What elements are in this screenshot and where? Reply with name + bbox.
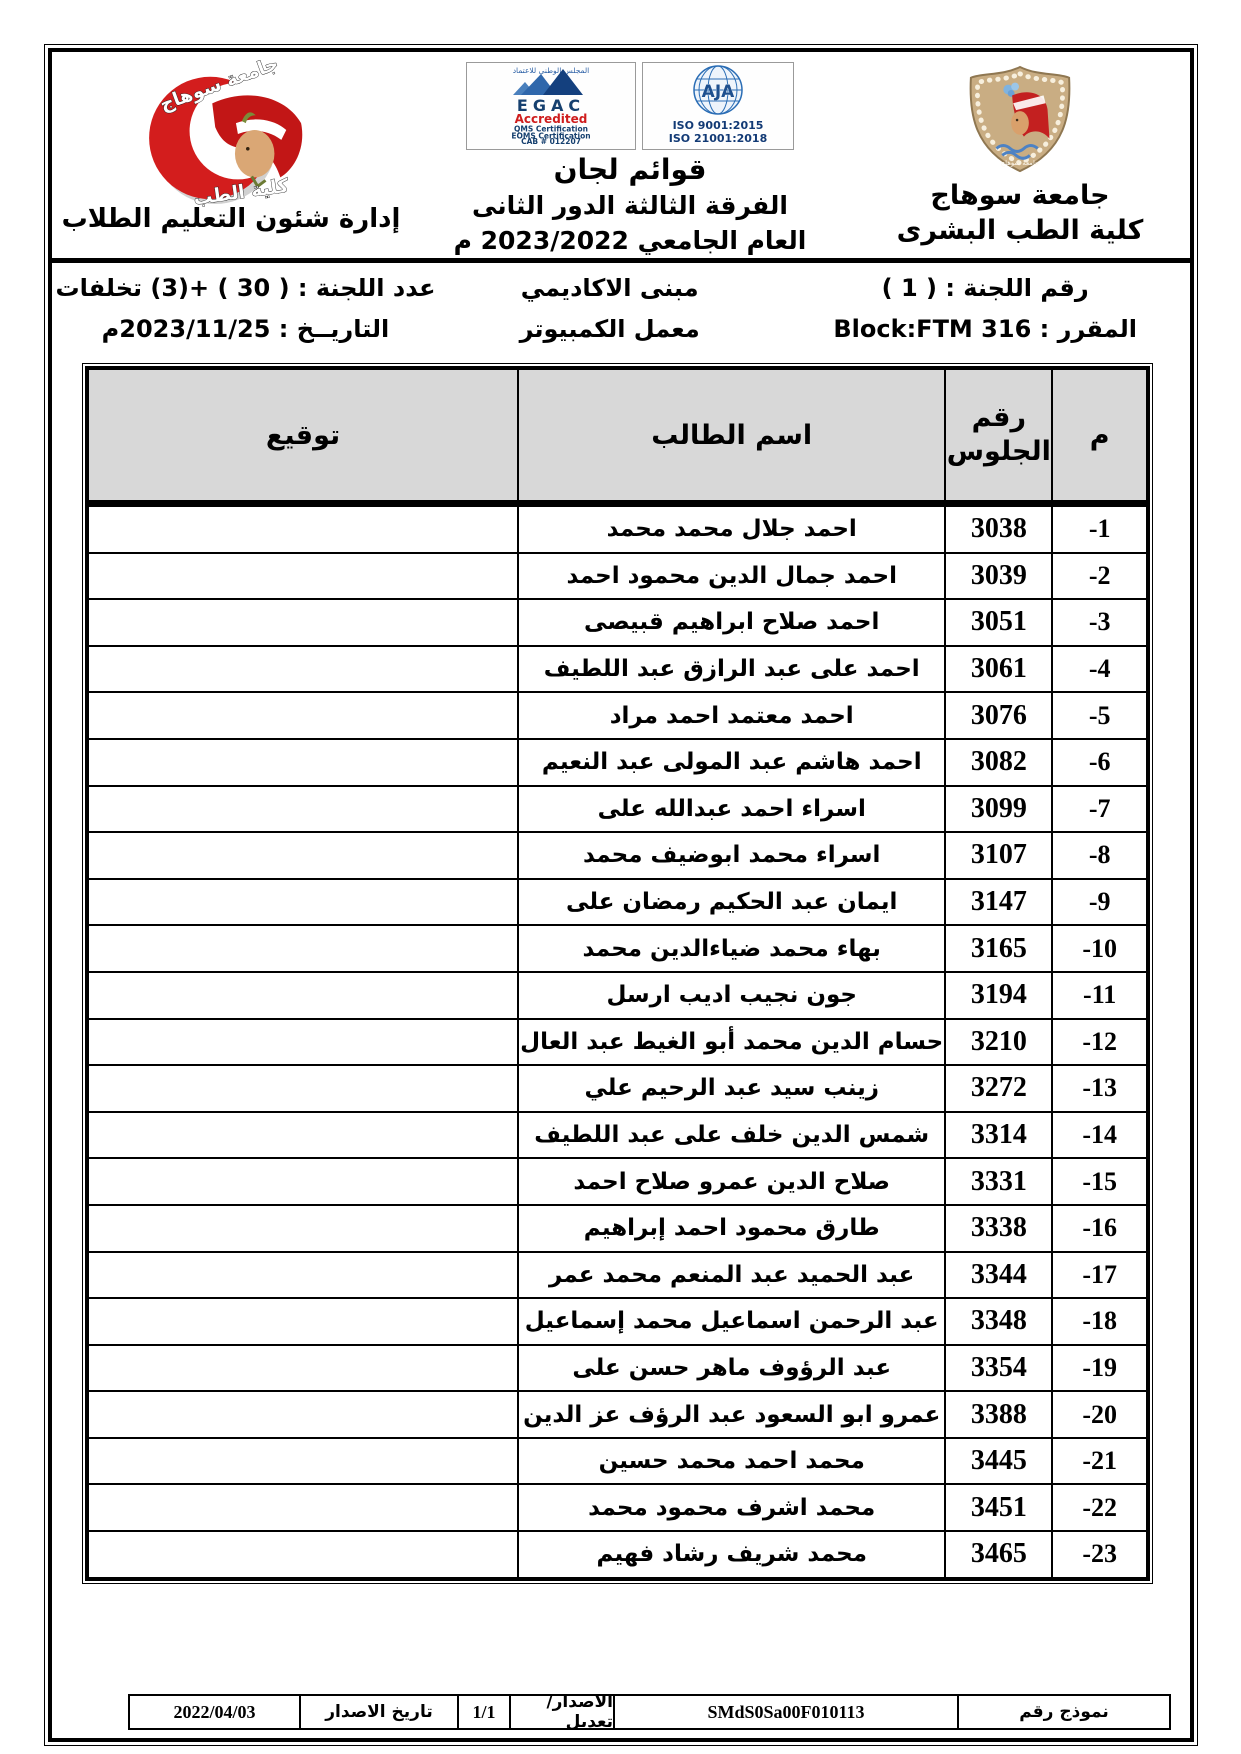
seat-number: 3314: [945, 1112, 1052, 1159]
egac-arc-text: المجلس الوطني للاعتماد: [513, 66, 590, 75]
student-name: جون نجيب اديب ارسل: [518, 972, 945, 1019]
seat-number: 3354: [945, 1345, 1052, 1392]
header-department-block: جامعة سوهاج كلية الطب إدارة شئون التعليم…: [52, 52, 410, 258]
row-index: -22: [1052, 1484, 1148, 1531]
aja-line2: ISO 21001:2018: [669, 132, 767, 145]
university-name: جامعة سوهاج: [850, 178, 1190, 213]
seat-number: 3038: [945, 504, 1052, 553]
committee-building: مبنى الاكاديمي: [439, 268, 780, 309]
signature-cell: [87, 599, 518, 646]
table-row: -15 3331 صلاح الدين عمرو صلاح احمد: [87, 1158, 1148, 1205]
table-row: -11 3194 جون نجيب اديب ارسل: [87, 972, 1148, 1019]
committee-info: رقم اللجنة : ( 1 ) مبنى الاكاديمي عدد ال…: [52, 263, 1190, 359]
header-cell-signature: توقيع: [87, 368, 518, 504]
row-index: -16: [1052, 1205, 1148, 1252]
seat-number: 3039: [945, 553, 1052, 600]
student-name: احمد صلاح ابراهيم قبيصى: [518, 599, 945, 646]
row-index: -12: [1052, 1019, 1148, 1066]
signature-cell: [87, 504, 518, 553]
student-name: صلاح الدين عمرو صلاح احمد: [518, 1158, 945, 1205]
table-row: -14 3314 شمس الدين خلف على عبد اللطيف: [87, 1112, 1148, 1159]
students-table-header: م رقم الجلوس اسم الطالب توقيع: [87, 368, 1148, 504]
committee-number: رقم اللجنة : ( 1 ): [780, 268, 1190, 309]
seat-number: 3107: [945, 832, 1052, 879]
signature-cell: [87, 879, 518, 926]
seat-number: 3099: [945, 786, 1052, 833]
student-name: اسراء احمد عبدالله على: [518, 786, 945, 833]
student-name: زينب سيد عبد الرحيم علي: [518, 1065, 945, 1112]
table-row: -23 3465 محمد شريف رشاد فهيم: [87, 1531, 1148, 1579]
student-name: عبد الرحمن اسماعيل محمد إسماعيل: [518, 1298, 945, 1345]
row-index: -1: [1052, 504, 1148, 553]
footer-form-value: SMdS0Sa00F010113: [613, 1696, 957, 1728]
signature-cell: [87, 1252, 518, 1299]
table-row: -10 3165 بهاء محمد ضياءالدين محمد: [87, 925, 1148, 972]
pharaoh-figure-icon: [1011, 92, 1049, 138]
student-name: احمد هاشم عبد المولى عبد النعيم: [518, 739, 945, 786]
table-row: -19 3354 عبد الرؤوف ماهر حسن على: [87, 1345, 1148, 1392]
signature-cell: [87, 1205, 518, 1252]
header-university-block: جامعة سوهاج جامعة سوهاج كلية الطب البشرى: [850, 52, 1190, 258]
student-name: عبد الرؤوف ماهر حسن على: [518, 1345, 945, 1392]
row-index: -23: [1052, 1531, 1148, 1579]
table-row: -12 3210 حسام الدين محمد أبو الغيط عبد ا…: [87, 1019, 1148, 1066]
seat-number: 3465: [945, 1531, 1052, 1579]
seat-number: 3210: [945, 1019, 1052, 1066]
row-index: -18: [1052, 1298, 1148, 1345]
seat-number: 3388: [945, 1391, 1052, 1438]
footer-date-label: تاريخ الاصدار: [299, 1696, 457, 1728]
signature-cell: [87, 832, 518, 879]
footer-issue-label: الاصدار/ تعديل: [509, 1696, 613, 1728]
table-row: -7 3099 اسراء احمد عبدالله على: [87, 786, 1148, 833]
seat-number: 3194: [945, 972, 1052, 1019]
table-row: -8 3107 اسراء محمد ابوضيف محمد: [87, 832, 1148, 879]
row-index: -20: [1052, 1391, 1148, 1438]
student-name: طارق محمود احمد إبراهيم: [518, 1205, 945, 1252]
student-name: اسراء محمد ابوضيف محمد: [518, 832, 945, 879]
student-name: احمد جمال الدين محمود احمد: [518, 553, 945, 600]
row-index: -6: [1052, 739, 1148, 786]
seat-number: 3051: [945, 599, 1052, 646]
document-page: جامعة سوهاج جامعة سوهاج كلية الطب البشرى…: [44, 44, 1198, 1746]
signature-cell: [87, 692, 518, 739]
footer-form-label: نموذج رقم: [957, 1696, 1169, 1728]
row-index: -3: [1052, 599, 1148, 646]
university-shield-emblem: جامعة سوهاج: [960, 64, 1080, 174]
header: جامعة سوهاج جامعة سوهاج كلية الطب البشرى…: [52, 52, 1190, 258]
egac-badge: المجلس الوطني للاعتماد EGAC Accredited Q…: [466, 62, 636, 150]
student-name: احمد جلال محمد محمد: [518, 504, 945, 553]
document-title: قوائم لجان: [410, 152, 850, 188]
table-row: -3 3051 احمد صلاح ابراهيم قبيصى: [87, 599, 1148, 646]
department-name: إدارة شئون التعليم الطلاب: [52, 204, 410, 234]
signature-cell: [87, 786, 518, 833]
row-index: -19: [1052, 1345, 1148, 1392]
signature-cell: [87, 1345, 518, 1392]
signature-cell: [87, 1112, 518, 1159]
seat-number: 3272: [945, 1065, 1052, 1112]
seat-number: 3451: [945, 1484, 1052, 1531]
signature-cell: [87, 1158, 518, 1205]
header-cell-name: اسم الطالب: [518, 368, 945, 504]
row-index: -10: [1052, 925, 1148, 972]
student-name: عمرو ابو السعود عبد الرؤف عز الدين: [518, 1391, 945, 1438]
row-index: -4: [1052, 646, 1148, 693]
row-index: -15: [1052, 1158, 1148, 1205]
table-row: -4 3061 احمد على عبد الرازق عبد اللطيف: [87, 646, 1148, 693]
academic-year: العام الجامعي 2023/2022 م: [410, 223, 850, 258]
seat-number: 3082: [945, 739, 1052, 786]
signature-cell: [87, 553, 518, 600]
header-title-block: المجلس الوطني للاعتماد EGAC Accredited Q…: [410, 52, 850, 258]
exam-date: التاريــخ : 2023/11/25م: [52, 309, 439, 350]
seat-number: 3445: [945, 1438, 1052, 1485]
table-row: -1 3038 احمد جلال محمد محمد: [87, 504, 1148, 553]
table-row: -22 3451 محمد اشرف محمود محمد: [87, 1484, 1148, 1531]
row-index: -2: [1052, 553, 1148, 600]
accreditation-badges: المجلس الوطني للاعتماد EGAC Accredited Q…: [410, 62, 850, 150]
row-index: -5: [1052, 692, 1148, 739]
student-name: احمد على عبد الرازق عبد اللطيف: [518, 646, 945, 693]
table-row: -17 3344 عبد الحميد عبد المنعم محمد عمر: [87, 1252, 1148, 1299]
student-name: بهاء محمد ضياءالدين محمد: [518, 925, 945, 972]
form-footer: نموذج رقم SMdS0Sa00F010113 الاصدار/ تعدي…: [128, 1694, 1171, 1730]
seat-number: 3076: [945, 692, 1052, 739]
table-row: -21 3445 محمد احمد محمد حسين: [87, 1438, 1148, 1485]
footer-issue-value: 1/1: [457, 1696, 509, 1728]
egac-line3: CAB # 012207: [521, 137, 581, 145]
student-name: محمد احمد محمد حسين: [518, 1438, 945, 1485]
egac-logo-icon: المجلس الوطني للاعتماد EGAC Accredited Q…: [467, 63, 635, 145]
students-table: م رقم الجلوس اسم الطالب توقيع -1 3038 اح…: [85, 366, 1150, 1581]
row-index: -9: [1052, 879, 1148, 926]
aja-badge: AJA ISO 9001:2015 ISO 21001:2018: [642, 62, 794, 150]
signature-cell: [87, 1531, 518, 1579]
signature-cell: [87, 1391, 518, 1438]
faculty-crescent-logo: جامعة سوهاج كلية الطب: [124, 60, 339, 208]
student-name: احمد معتمد احمد مراد: [518, 692, 945, 739]
aja-line1: ISO 9001:2015: [673, 119, 764, 132]
header-cell-index: م: [1052, 368, 1148, 504]
table-row: -16 3338 طارق محمود احمد إبراهيم: [87, 1205, 1148, 1252]
table-row: -13 3272 زينب سيد عبد الرحيم علي: [87, 1065, 1148, 1112]
committee-room: معمل الكمبيوتر: [439, 309, 780, 350]
faculty-name: كلية الطب البشرى: [850, 213, 1190, 248]
row-index: -13: [1052, 1065, 1148, 1112]
student-name: محمد شريف رشاد فهيم: [518, 1531, 945, 1579]
aja-logo-icon: AJA ISO 9001:2015 ISO 21001:2018: [643, 63, 793, 145]
seat-number: 3348: [945, 1298, 1052, 1345]
signature-cell: [87, 646, 518, 693]
table-row: -9 3147 ايمان عبد الحكيم رمضان على: [87, 879, 1148, 926]
row-index: -8: [1052, 832, 1148, 879]
row-index: -7: [1052, 786, 1148, 833]
table-row: -18 3348 عبد الرحمن اسماعيل محمد إسماعيل: [87, 1298, 1148, 1345]
header-cell-seat: رقم الجلوس: [945, 368, 1052, 504]
student-name: ايمان عبد الحكيم رمضان على: [518, 879, 945, 926]
seat-number: 3061: [945, 646, 1052, 693]
student-name: محمد اشرف محمود محمد: [518, 1484, 945, 1531]
table-row: -6 3082 احمد هاشم عبد المولى عبد النعيم: [87, 739, 1148, 786]
committee-count: عدد اللجنة : ( 30 ) +(3) تخلفات: [52, 268, 439, 309]
footer-date-value: 2022/04/03: [130, 1696, 299, 1728]
seat-number: 3331: [945, 1158, 1052, 1205]
table-row: -2 3039 احمد جمال الدين محمود احمد: [87, 553, 1148, 600]
page-border: جامعة سوهاج جامعة سوهاج كلية الطب البشرى…: [48, 48, 1194, 1742]
seat-number: 3344: [945, 1252, 1052, 1299]
seat-number: 3147: [945, 879, 1052, 926]
signature-cell: [87, 1484, 518, 1531]
signature-cell: [87, 972, 518, 1019]
signature-cell: [87, 1298, 518, 1345]
aja-name: AJA: [702, 82, 735, 102]
course-code: المقرر : Block:FTM 316: [780, 309, 1190, 350]
row-index: -11: [1052, 972, 1148, 1019]
student-name: حسام الدين محمد أبو الغيط عبد العال: [518, 1019, 945, 1066]
signature-cell: [87, 1438, 518, 1485]
student-name: عبد الحميد عبد المنعم محمد عمر: [518, 1252, 945, 1299]
document-subtitle: الفرقة الثالثة الدور الثانى: [410, 188, 850, 223]
signature-cell: [87, 1019, 518, 1066]
signature-cell: [87, 739, 518, 786]
seat-number: 3338: [945, 1205, 1052, 1252]
table-row: -5 3076 احمد معتمد احمد مراد: [87, 692, 1148, 739]
row-index: -14: [1052, 1112, 1148, 1159]
student-name: شمس الدين خلف على عبد اللطيف: [518, 1112, 945, 1159]
signature-cell: [87, 1065, 518, 1112]
table-row: -20 3388 عمرو ابو السعود عبد الرؤف عز ال…: [87, 1391, 1148, 1438]
seat-number: 3165: [945, 925, 1052, 972]
row-index: -21: [1052, 1438, 1148, 1485]
shield-caption: جامعة سوهاج: [1001, 159, 1040, 167]
signature-cell: [87, 925, 518, 972]
row-index: -17: [1052, 1252, 1148, 1299]
students-body: -1 3038 احمد جلال محمد محمد -2 3039 احمد…: [87, 504, 1148, 1579]
